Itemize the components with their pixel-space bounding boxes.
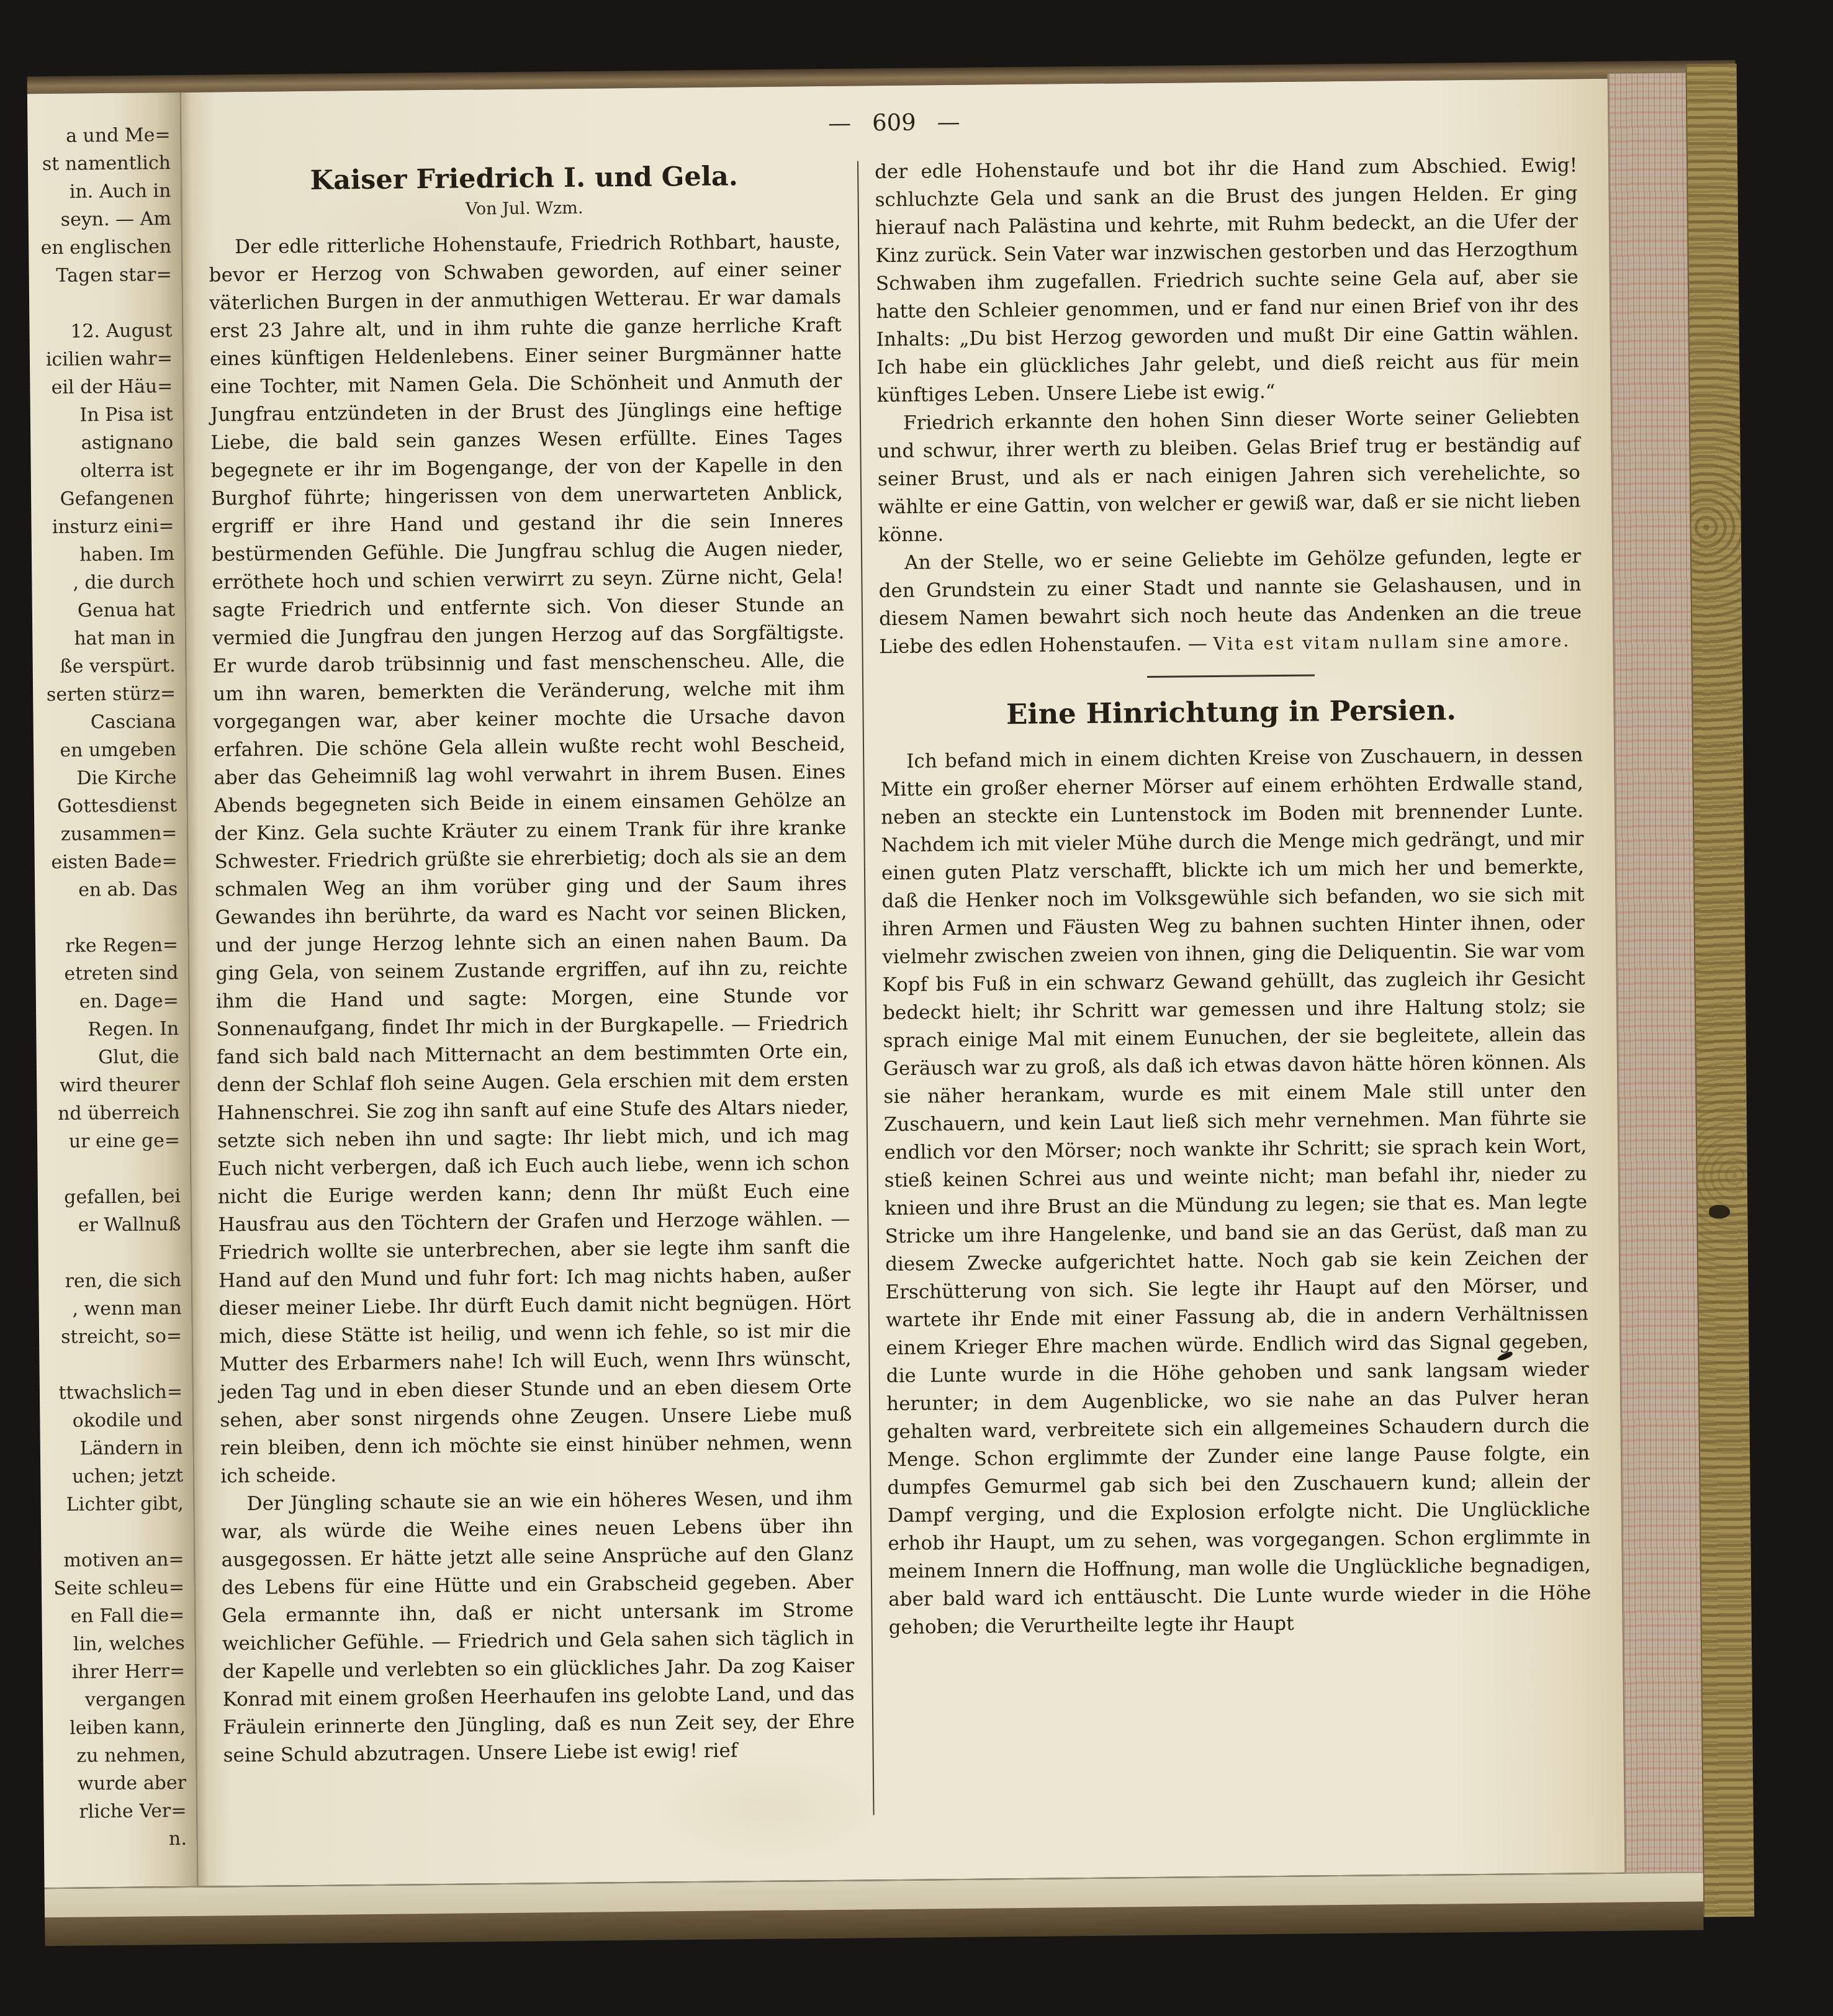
left-page-fragment-line: n. bbox=[44, 1825, 187, 1854]
left-page-fragment-line: Casciana bbox=[33, 708, 176, 737]
left-page-fragment-line: ttwachslich= bbox=[40, 1378, 182, 1407]
article1-paragraph: Der edle ritterliche Hohenstaufe, Friedr… bbox=[209, 228, 852, 1491]
page-content: —609— Kaiser Friedrich I. und Gela. Von … bbox=[181, 79, 1626, 1822]
left-page-fragment-line: seyn. — Am bbox=[29, 205, 171, 234]
right-column: der edle Hohenstaufe und bot ihr die Han… bbox=[875, 151, 1592, 1642]
main-page: —609— Kaiser Friedrich I. und Gela. Von … bbox=[180, 79, 1626, 1886]
left-page-sliver: a und Me=st namentlichin. Auch inseyn. —… bbox=[27, 92, 197, 1888]
left-page-fragment-line: ur eine ge= bbox=[37, 1127, 180, 1156]
page-number: 609 bbox=[872, 109, 916, 137]
left-page-fragment-line: a und Me= bbox=[27, 121, 170, 150]
left-page-fragment-line: motiven an= bbox=[41, 1546, 184, 1575]
left-page-fragment-line: Genua hat bbox=[32, 596, 175, 625]
left-page-fragment-line: astignano bbox=[30, 428, 173, 457]
article2-title: Eine Hinrichtung in Persien. bbox=[880, 692, 1582, 732]
left-page-fragment-line: vergangen bbox=[43, 1685, 186, 1714]
left-page-fragment-line bbox=[38, 1238, 181, 1267]
left-page-fragment-line: serten stürz= bbox=[33, 680, 176, 709]
left-page-fragment-line: Die Kirche bbox=[34, 763, 176, 793]
left-page-fragment-line: Glut, die bbox=[37, 1043, 179, 1072]
left-page-fragment-line: leiben kann, bbox=[43, 1713, 186, 1742]
left-page-fragment-line: lin, welches bbox=[42, 1629, 185, 1658]
article1-continuation-paragraph: Friedrich erkannte den hohen Sinn dieser… bbox=[877, 403, 1581, 549]
left-page-fragment-line: eisten Bade= bbox=[35, 847, 178, 876]
left-page-fragment-line: insturz eini= bbox=[31, 512, 174, 541]
left-page-fragment-line: rliche Ver= bbox=[43, 1797, 186, 1826]
section-divider-rule bbox=[1147, 674, 1315, 678]
left-page-fragment-line: gefallen, bei bbox=[38, 1182, 181, 1212]
left-page-fragment-line: rke Regen= bbox=[35, 931, 178, 960]
left-page-fragment-line: nd überreich bbox=[37, 1099, 179, 1128]
left-page-fragment-line: streicht, so= bbox=[39, 1322, 182, 1351]
left-page-fragment-line: olterra ist bbox=[31, 456, 174, 485]
left-page-fragment-line: haben. Im bbox=[32, 540, 174, 569]
two-column-layout: Kaiser Friedrich I. und Gela. Von Jul. W… bbox=[208, 151, 1597, 1821]
left-page-fragment-line: etreten sind bbox=[35, 959, 178, 988]
left-page-fragment-line: ren, die sich bbox=[38, 1266, 181, 1295]
latin-quote: Vita est vitam nullam sine amore. bbox=[1214, 630, 1571, 654]
left-page-fragment-line bbox=[35, 903, 178, 932]
left-page-fragment-line: en umgeben bbox=[34, 736, 176, 765]
header-dash-right: — bbox=[937, 109, 960, 135]
page-number-header: —609— bbox=[207, 102, 1580, 142]
left-page-fragment-line: Tagen star= bbox=[29, 261, 171, 290]
left-page-fragment-line: en ab. Das bbox=[35, 875, 178, 904]
left-page-fragment-line: Ländern in bbox=[40, 1434, 183, 1463]
left-page-fragment-line bbox=[37, 1154, 180, 1184]
left-page-fragment-line: , wenn man bbox=[38, 1294, 181, 1323]
left-page-fragment-line: hat man in bbox=[32, 624, 175, 653]
left-page-fragment-line: zusammen= bbox=[34, 819, 177, 848]
article2-paragraph: Ich befand mich in einem dichten Kreise … bbox=[880, 741, 1592, 1642]
column-divider-rule bbox=[857, 161, 875, 1815]
article1-continuation-paragraph: der edle Hohenstaufe und bot ihr die Han… bbox=[875, 151, 1580, 410]
left-page-fragment-line: Lichter gibt, bbox=[40, 1490, 183, 1519]
article1-paragraph: Der Jüngling schaute sie an wie ein höhe… bbox=[220, 1485, 855, 1770]
left-page-fragment-line: , die durch bbox=[32, 568, 174, 597]
left-page-fragment-line: Gottesdienst bbox=[34, 791, 177, 821]
left-page-fragment-line: 12. August bbox=[29, 317, 172, 346]
left-page-fragment-line: er Wallnuß bbox=[38, 1210, 181, 1240]
left-page-fragment-line: st namentlich bbox=[28, 149, 171, 178]
left-page-fragment-line: en englischen bbox=[29, 233, 171, 262]
left-page-fragment-line: icilien wahr= bbox=[30, 344, 173, 374]
left-page-fragment-line: en Fall die= bbox=[42, 1601, 184, 1631]
left-page-fragment-line bbox=[39, 1350, 182, 1379]
left-page-fragment-line: Seite schleu= bbox=[42, 1573, 184, 1603]
left-column: Kaiser Friedrich I. und Gela. Von Jul. W… bbox=[208, 159, 855, 1770]
left-page-fragment-line: Regen. In bbox=[36, 1015, 179, 1044]
left-page-fragment-line: ihrer Herr= bbox=[42, 1657, 185, 1686]
left-page-fragment-line bbox=[41, 1518, 184, 1547]
left-page-fragment-line: Gefangenen bbox=[31, 484, 174, 513]
left-page-fragment-line: in. Auch in bbox=[28, 177, 171, 206]
open-book: a und Me=st namentlichin. Auch inseyn. —… bbox=[27, 60, 1754, 1946]
left-page-fragment-line: ße verspürt. bbox=[33, 652, 176, 681]
article1-continuation-paragraph: An der Stelle, wo er seine Geliebte im G… bbox=[878, 542, 1582, 661]
left-page-fragment-line bbox=[29, 289, 172, 318]
left-page-fragment-line: uchen; jetzt bbox=[40, 1462, 183, 1491]
article1-title: Kaiser Friedrich I. und Gela. bbox=[208, 160, 840, 197]
left-page-fragment-line: zu nehmen, bbox=[43, 1741, 186, 1770]
scanned-book-photo: a und Me=st namentlichin. Auch inseyn. —… bbox=[0, 0, 1833, 2016]
article1-byline: Von Jul. Wzm. bbox=[209, 196, 840, 222]
left-page-fragment-line: wurde aber bbox=[43, 1769, 186, 1798]
left-page-fragment-line: wird theurer bbox=[37, 1071, 179, 1100]
left-page-fragment-line: In Pisa ist bbox=[30, 400, 173, 430]
left-page-fragment-line: en. Dage= bbox=[36, 987, 179, 1016]
left-page-fragment-line: okodile und bbox=[40, 1406, 182, 1435]
header-dash-left: — bbox=[828, 110, 851, 137]
left-page-fragment-list: a und Me=st namentlichin. Auch inseyn. —… bbox=[27, 92, 197, 1854]
cover-dark-spot bbox=[1709, 1205, 1730, 1218]
left-page-fragment-line: eil der Häu= bbox=[30, 372, 173, 402]
